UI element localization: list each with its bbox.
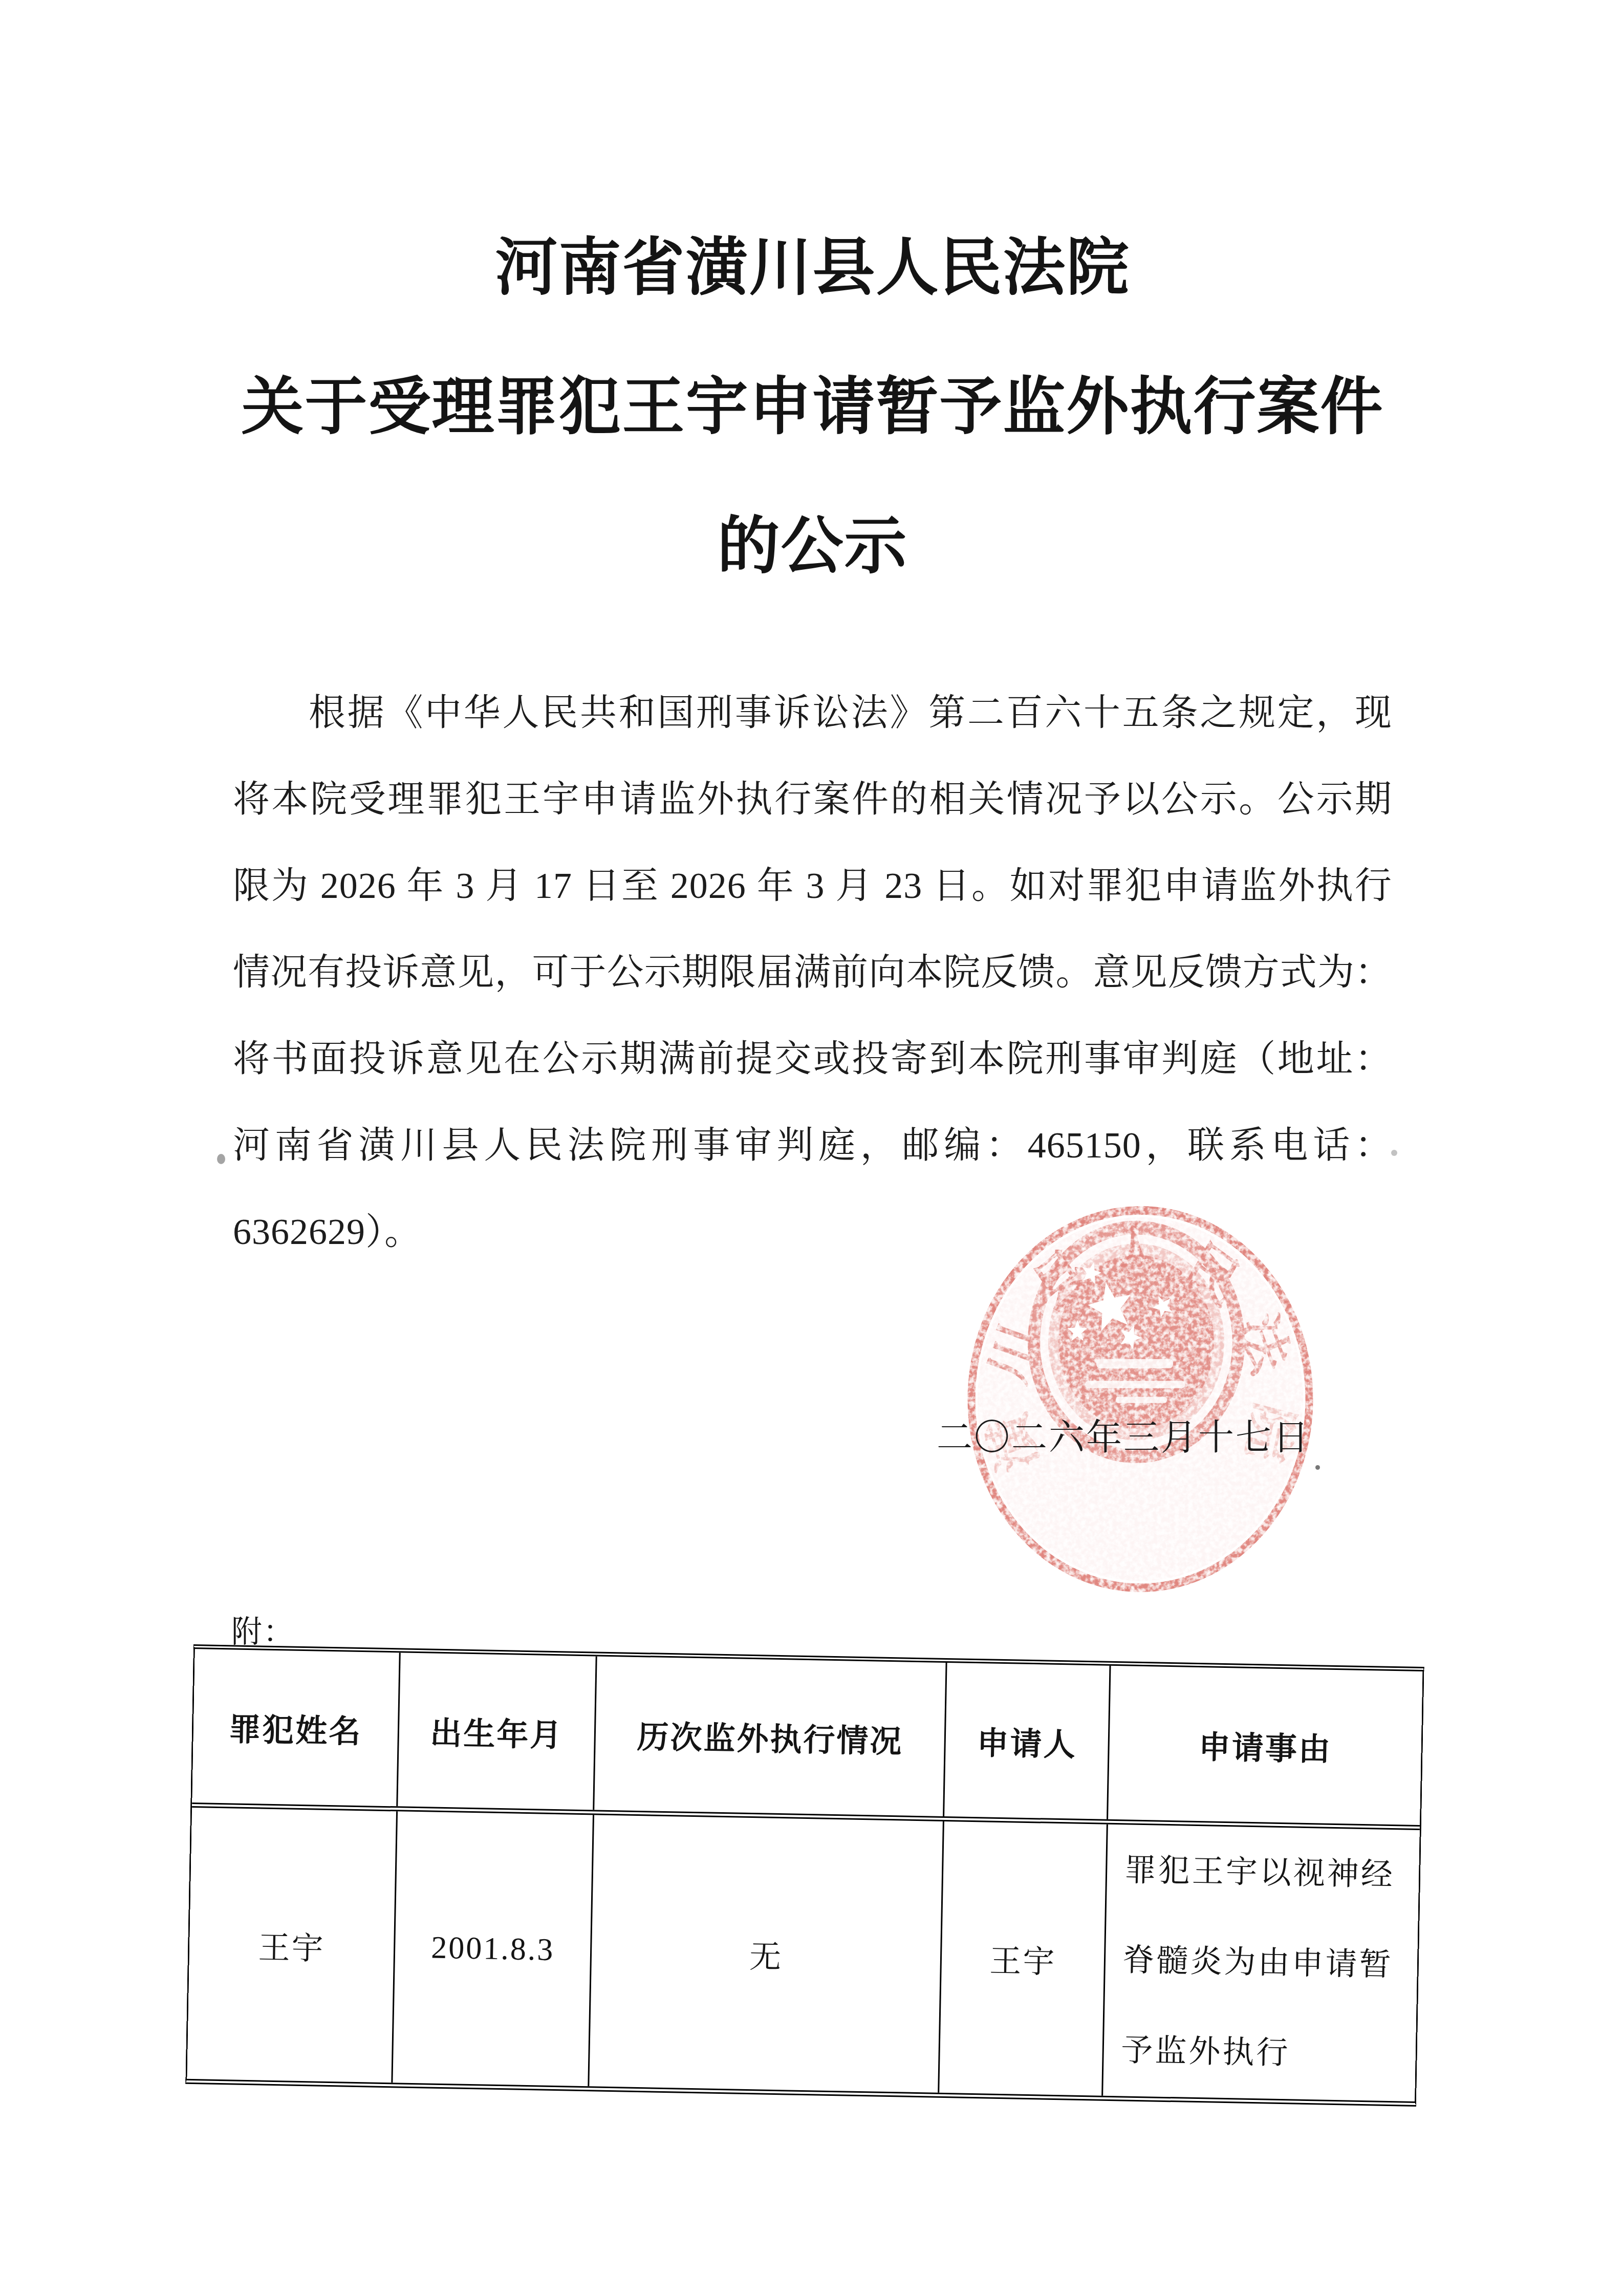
header-criminal-name: 罪犯姓名 [192, 1649, 400, 1806]
document-page: 河南省潢川县人民法院 关于受理罪犯王宇申请暂予监外执行案件 的公示 根据《中华人… [0, 0, 1624, 2296]
body-line: 将本院受理罪犯王宇申请监外执行案件的相关情况予以公示。公示期 [233, 756, 1392, 843]
scan-artifact-dot [1391, 1150, 1397, 1156]
body-line: 根据《中华人民共和国刑事诉讼法》第二百六十五条之规定，现 [233, 670, 1392, 756]
cell-past-executions: 无 [589, 1815, 944, 2092]
table-row: 王宇 2001.8.3 无 王宇 罪犯王宇以视神经 脊髓炎为由申请暂 予监外执行 [187, 1808, 1419, 2101]
attachment-table: 罪犯姓名 出生年月 历次监外执行情况 申请人 申请事由 王宇 2001.8.3 … [185, 1644, 1424, 2107]
title-line-subject: 关于受理罪犯王宇申请暂予监外执行案件 [233, 338, 1392, 477]
body-line: 河南省潢川县人民法院刑事审判庭，邮编：465150，联系电话： [233, 1102, 1392, 1189]
seal-ring-char: 人 [1109, 1219, 1162, 1284]
court-seal: 潢 川 县 人 民 法 院 [961, 1197, 1319, 1601]
title-line-court: 河南省潢川县人民法院 [233, 199, 1392, 338]
header-past-executions: 历次监外执行情况 [594, 1656, 947, 1816]
cell-birth-date: 2001.8.3 [393, 1811, 594, 2086]
cell-applicant: 王宇 [940, 1821, 1108, 2096]
reason-line: 脊髓炎为由申请暂 [1122, 1915, 1394, 2010]
reason-line: 予监外执行 [1120, 2005, 1291, 2098]
document-date: 二〇二六年三月十七日 [937, 1409, 1310, 1461]
reason-line: 罪犯王宇以视神经 [1123, 1825, 1395, 1920]
table-header-row: 罪犯姓名 出生年月 历次监外执行情况 申请人 申请事由 [192, 1649, 1422, 1830]
header-applicant: 申请人 [944, 1663, 1111, 1819]
cell-criminal-name: 王宇 [187, 1808, 398, 2083]
body-line: 限为 2026 年 3 月 17 日至 2026 年 3 月 23 日。如对罪犯… [233, 843, 1392, 929]
scan-artifact-dot [217, 1154, 225, 1164]
body-paragraph: 根据《中华人民共和国刑事诉讼法》第二百六十五条之规定，现 将本院受理罪犯王宇申请… [233, 670, 1392, 1275]
body-line: 将书面投诉意见在公示期满前提交或投寄到本院刑事审判庭（地址： [233, 1016, 1392, 1102]
document-title: 河南省潢川县人民法院 关于受理罪犯王宇申请暂予监外执行案件 的公示 [233, 199, 1392, 616]
cell-application-reason: 罪犯王宇以视神经 脊髓炎为由申请暂 予监外执行 [1103, 1825, 1420, 2101]
body-line: 情况有投诉意见，可于公示期限届满前向本院反馈。意见反馈方式为： [233, 929, 1392, 1016]
title-line-notice: 的公示 [233, 477, 1392, 616]
header-application-reason: 申请事由 [1108, 1666, 1423, 1825]
header-birth-date: 出生年月 [398, 1653, 597, 1810]
